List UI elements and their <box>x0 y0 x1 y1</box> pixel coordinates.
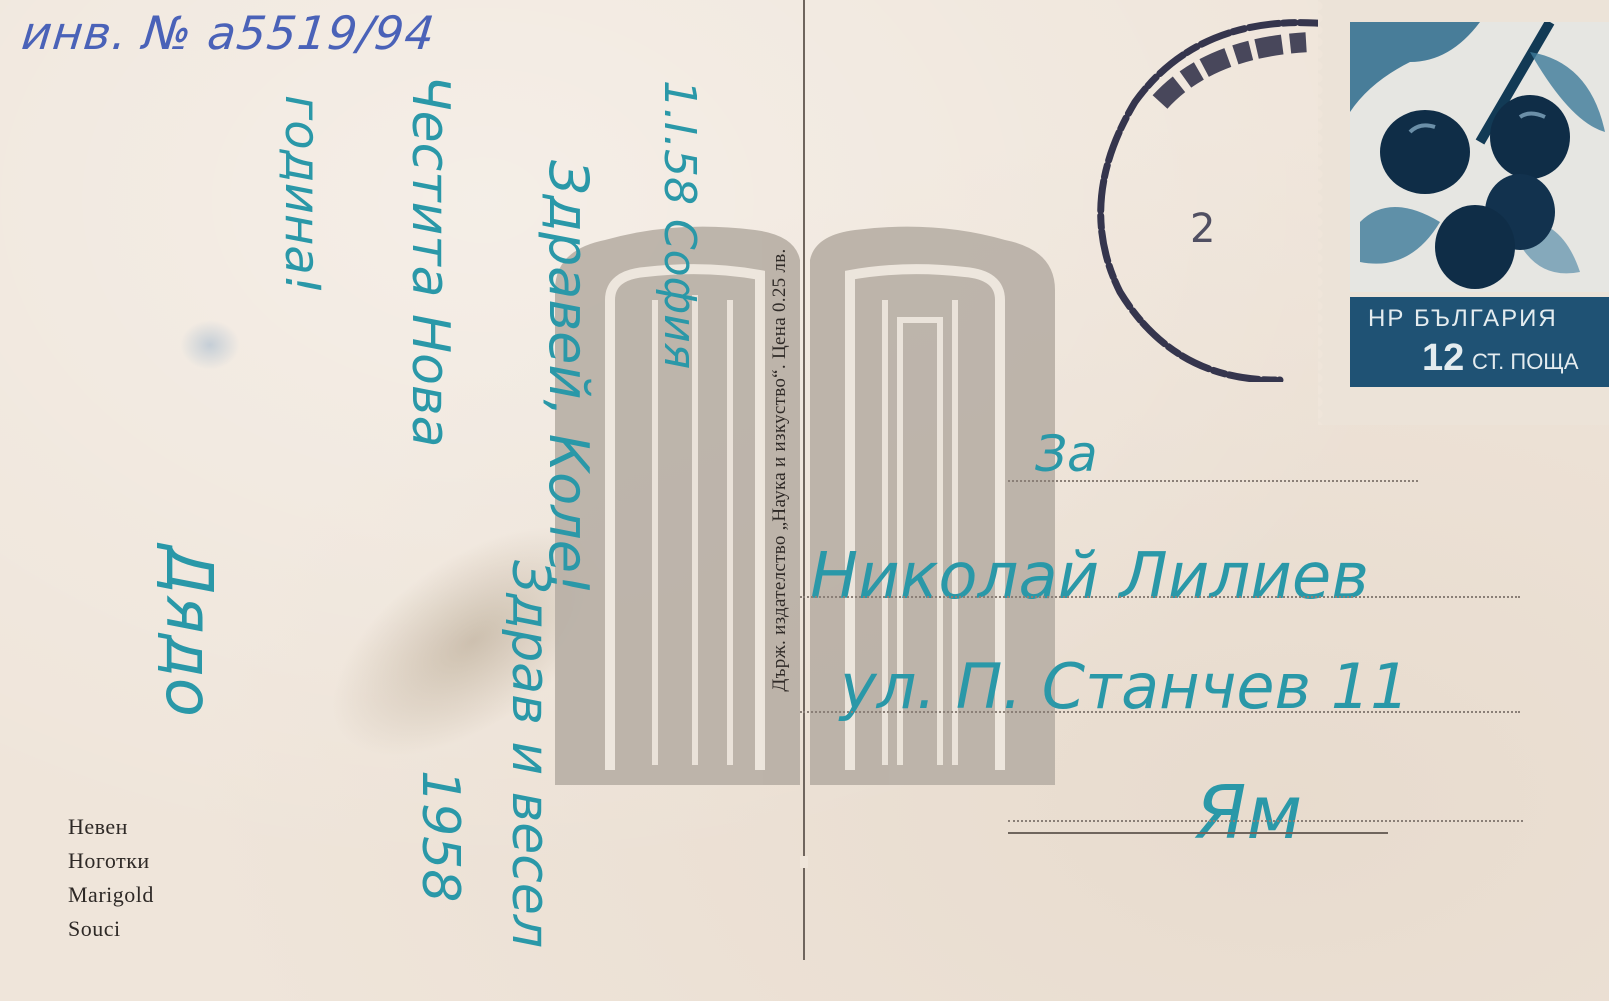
address-line-3 <box>800 711 1520 713</box>
message-line-2: Честита Нова <box>400 75 460 447</box>
flower-caption: Невен Ноготки Marigold Souci <box>68 810 154 946</box>
message-date: 1.I.58 София <box>654 80 705 369</box>
message-line-1: Здравей, Коле! <box>537 160 600 595</box>
message-line-4: Здрав и весел <box>500 560 560 948</box>
stamp-value: 12 <box>1422 337 1464 380</box>
caption-bulgarian: Невен <box>68 810 154 844</box>
address-city: Ям <box>1195 770 1302 856</box>
stamp-perforation <box>1318 0 1328 425</box>
caption-french: Souci <box>68 912 154 946</box>
address-line-4 <box>1008 832 1388 834</box>
stamp-country: НР БЪЛГАРИЯ <box>1368 305 1558 333</box>
publisher-line: Държ. издателство „Наука и изкуство“. Це… <box>769 248 791 691</box>
caption-english: Marigold <box>68 878 154 912</box>
ink-smudge <box>180 320 240 370</box>
message-year: 1958 <box>410 770 470 902</box>
message-line-3: година! <box>274 95 330 294</box>
divider-gap <box>800 856 808 868</box>
address-prefix: За <box>1035 425 1098 483</box>
address-divider <box>803 0 805 960</box>
svg-text:2: 2 <box>1190 206 1215 252</box>
stamp-banner: НР БЪЛГАРИЯ 12 СТ. ПОЩА <box>1350 297 1609 387</box>
message-signature: Дядо <box>151 545 225 717</box>
inventory-number: инв. № а5519/94 <box>19 6 438 60</box>
address-line-1 <box>1008 480 1418 482</box>
caption-russian: Ноготки <box>68 844 154 878</box>
address-line-2 <box>800 596 1520 598</box>
postcard: Държ. издателство „Наука и изкуство“. Це… <box>0 0 1609 1001</box>
plum-branch-icon <box>1350 22 1609 292</box>
postage-stamp: НР БЪЛГАРИЯ 12 СТ. ПОЩА <box>1318 0 1609 425</box>
stamp-unit: СТ. ПОЩА <box>1472 349 1579 375</box>
address-name: Николай Лилиев <box>810 540 1369 614</box>
address-line-4-dotted <box>1008 820 1523 822</box>
